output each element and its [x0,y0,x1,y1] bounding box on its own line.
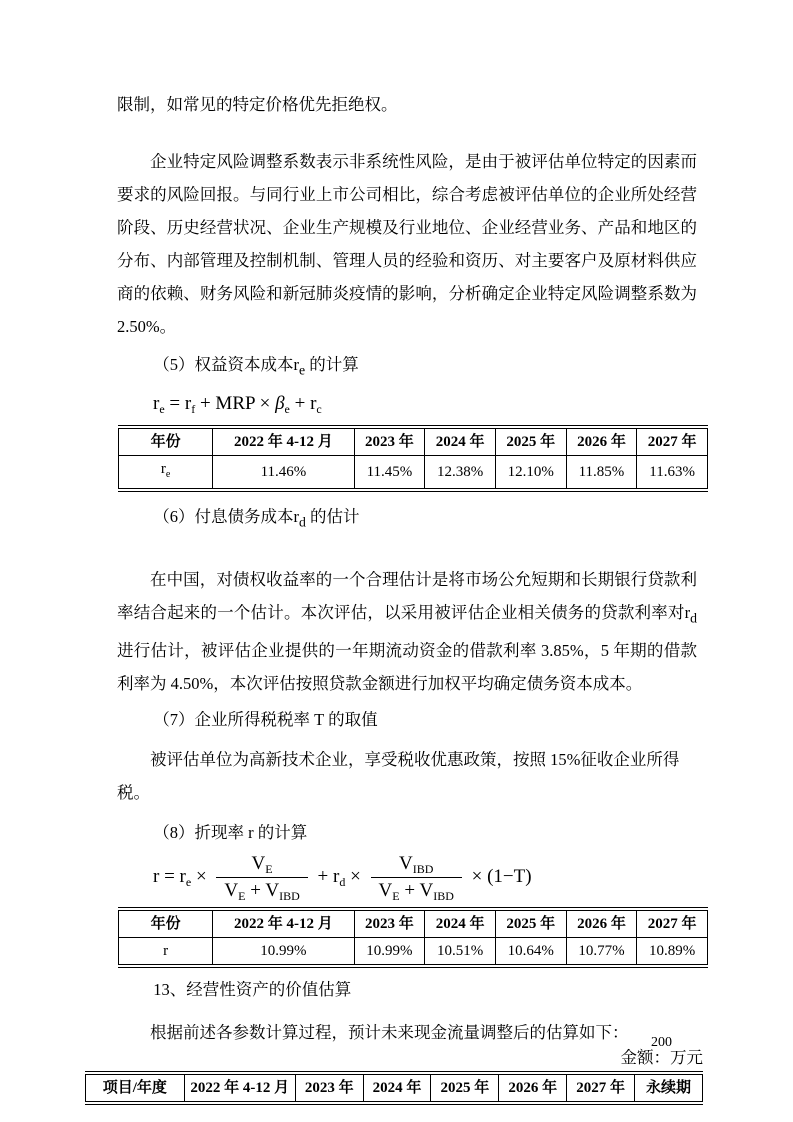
header-2027: 2027 年 [567,1073,635,1103]
header-2026: 2026 年 [566,909,637,938]
estimate-paragraph: 根据前述各参数计算过程，预计未来现金流量调整后的估算如下： [117,1016,697,1049]
specific-risk-paragraph: 企业特定风险调整系数表示非系统性风险，是由于被评估单位特定的因素而要求的风险回报… [117,145,697,343]
header-2025: 2025 年 [495,909,566,938]
formula-term: + MRP × [195,393,275,414]
heading-text: 的估计 [306,507,360,526]
cashflow-table: 项目/年度 2022 年 4-12 月 2023 年 2024 年 2025 年… [85,1071,703,1105]
formula-term: + r [290,393,317,414]
header-perpetual: 永续期 [635,1073,703,1103]
row-label-cell: re [119,456,213,491]
debt-cost-paragraph: 在中国，对债权收益率的一个合理估计是将市场公允短期和长期银行贷款利率结合起来的一… [117,563,697,700]
header-2024: 2024 年 [363,1073,431,1103]
table-cell: 10.51% [425,937,496,966]
table-cell: 12.10% [495,456,566,491]
header-2024: 2024 年 [425,909,496,938]
formula-term: r = r [153,866,186,887]
formula-term: + r [313,866,340,887]
fraction-denominator: VE + VIBD [371,878,462,904]
formula-subscript: E [238,889,245,903]
header-item-year: 项目/年度 [86,1073,185,1103]
formula-term: V [379,880,393,901]
fraction: VIBDVE + VIBD [371,851,462,904]
header-2023: 2023 年 [295,1073,363,1103]
header-year: 年份 [119,427,213,456]
header-year: 年份 [119,909,213,938]
table-header-row: 年份 2022 年 4-12 月 2023 年 2024 年 2025 年 20… [119,427,708,456]
paragraph-text: 进行估计，被评估企业提供的一年期流动资金的借款利率 3.85%，5 年期的借款利… [117,641,697,693]
equity-cost-table: 年份 2022 年 4-12 月 2023 年 2024 年 2025 年 20… [118,425,708,492]
formula-term: + V [400,880,434,901]
table-cell: 11.45% [354,456,425,491]
heading-subscript: d [299,515,306,530]
page-content: 限制，如常见的特定价格优先拒绝权。 企业特定风险调整系数表示非系统性风险，是由于… [117,0,697,1105]
section-heading-income-tax: （7）企业所得税税率 T 的取值 [117,703,697,736]
header-2026: 2026 年 [499,1073,567,1103]
header-2027: 2027 年 [637,909,708,938]
table-row: re 11.46% 11.45% 12.38% 12.10% 11.85% 11… [119,456,708,491]
table-header-row: 项目/年度 2022 年 4-12 月 2023 年 2024 年 2025 年… [86,1073,703,1103]
heading-text: （6）付息债务成本r [153,507,299,526]
table-cell: 11.63% [637,456,708,491]
table-cell: 10.64% [495,937,566,966]
formula-subscript: IBD [433,889,454,903]
header-2022: 2022 年 4-12 月 [213,427,354,456]
header-2025: 2025 年 [431,1073,499,1103]
formula-subscript: E [265,862,272,876]
multiply-sign: × [345,866,365,887]
header-2026: 2026 年 [566,427,637,456]
fraction-numerator: VIBD [371,851,462,878]
formula-term: = r [165,393,192,414]
fraction-numerator: VE [216,851,307,878]
formula-subscript: c [316,402,321,416]
table-cell: 11.85% [566,456,637,491]
beta-symbol: β [275,393,284,414]
formula-subscript: IBD [413,862,434,876]
formula-subscript: E [392,889,399,903]
table-cell: 10.99% [213,937,354,966]
header-2023: 2023 年 [354,909,425,938]
table-row: r 10.99% 10.99% 10.51% 10.64% 10.77% 10.… [119,937,708,966]
table-header-row: 年份 2022 年 4-12 月 2023 年 2024 年 2025 年 20… [119,909,708,938]
paragraph-subscript: d [690,610,697,625]
table-cell: 10.89% [637,937,708,966]
table-cell: 11.46% [213,456,354,491]
formula-term: V [252,853,266,874]
header-2027: 2027 年 [637,427,708,456]
continuation-paragraph: 限制，如常见的特定价格优先拒绝权。 [117,88,697,121]
section-heading-operating-assets: 13、经营性资产的价值估算 [117,973,697,1006]
table-cell: 12.38% [425,456,496,491]
heading-text: 的计算 [305,355,359,374]
table-cell: 10.77% [566,937,637,966]
header-2025: 2025 年 [495,427,566,456]
discount-rate-table: 年份 2022 年 4-12 月 2023 年 2024 年 2025 年 20… [118,907,708,968]
formula-subscript: IBD [279,889,300,903]
section-heading-equity-cost: （5）权益资本成本re 的计算 [117,348,697,386]
table-cell: 10.99% [354,937,425,966]
section-heading-discount-rate: （8）折现率 r 的计算 [117,816,697,849]
formula-term: V [399,853,413,874]
formula-term: + V [246,880,280,901]
heading-text: （5）权益资本成本r [153,355,299,374]
paragraph-text: 在中国，对债权收益率的一个合理估计是将市场公允短期和长期银行贷款利率结合起来的一… [117,570,697,622]
fraction: VEVE + VIBD [216,851,307,904]
discount-rate-formula: r = re × VEVE + VIBD + rd × VIBDVE + VIB… [153,851,697,904]
equity-cost-formula: re = rf + MRP × βe + rc [153,389,697,419]
formula-term: × (1−T) [467,866,532,887]
page-number: 200 [651,1034,672,1052]
header-2022: 2022 年 4-12 月 [213,909,354,938]
multiply-sign: × [191,866,211,887]
document-page: 限制，如常见的特定价格优先拒绝权。 企业特定风险调整系数表示非系统性风险，是由于… [0,0,793,1122]
income-tax-paragraph: 被评估单位为高新技术企业，享受税收优惠政策，按照 15%征收企业所得税。 [117,743,697,809]
formula-term: V [224,880,238,901]
header-2022: 2022 年 4-12 月 [184,1073,295,1103]
row-label-subscript: e [166,469,170,480]
section-heading-debt-cost: （6）付息债务成本rd 的估计 [117,500,697,538]
header-2024: 2024 年 [425,427,496,456]
fraction-denominator: VE + VIBD [216,878,307,904]
row-label-cell: r [119,937,213,966]
header-2023: 2023 年 [354,427,425,456]
